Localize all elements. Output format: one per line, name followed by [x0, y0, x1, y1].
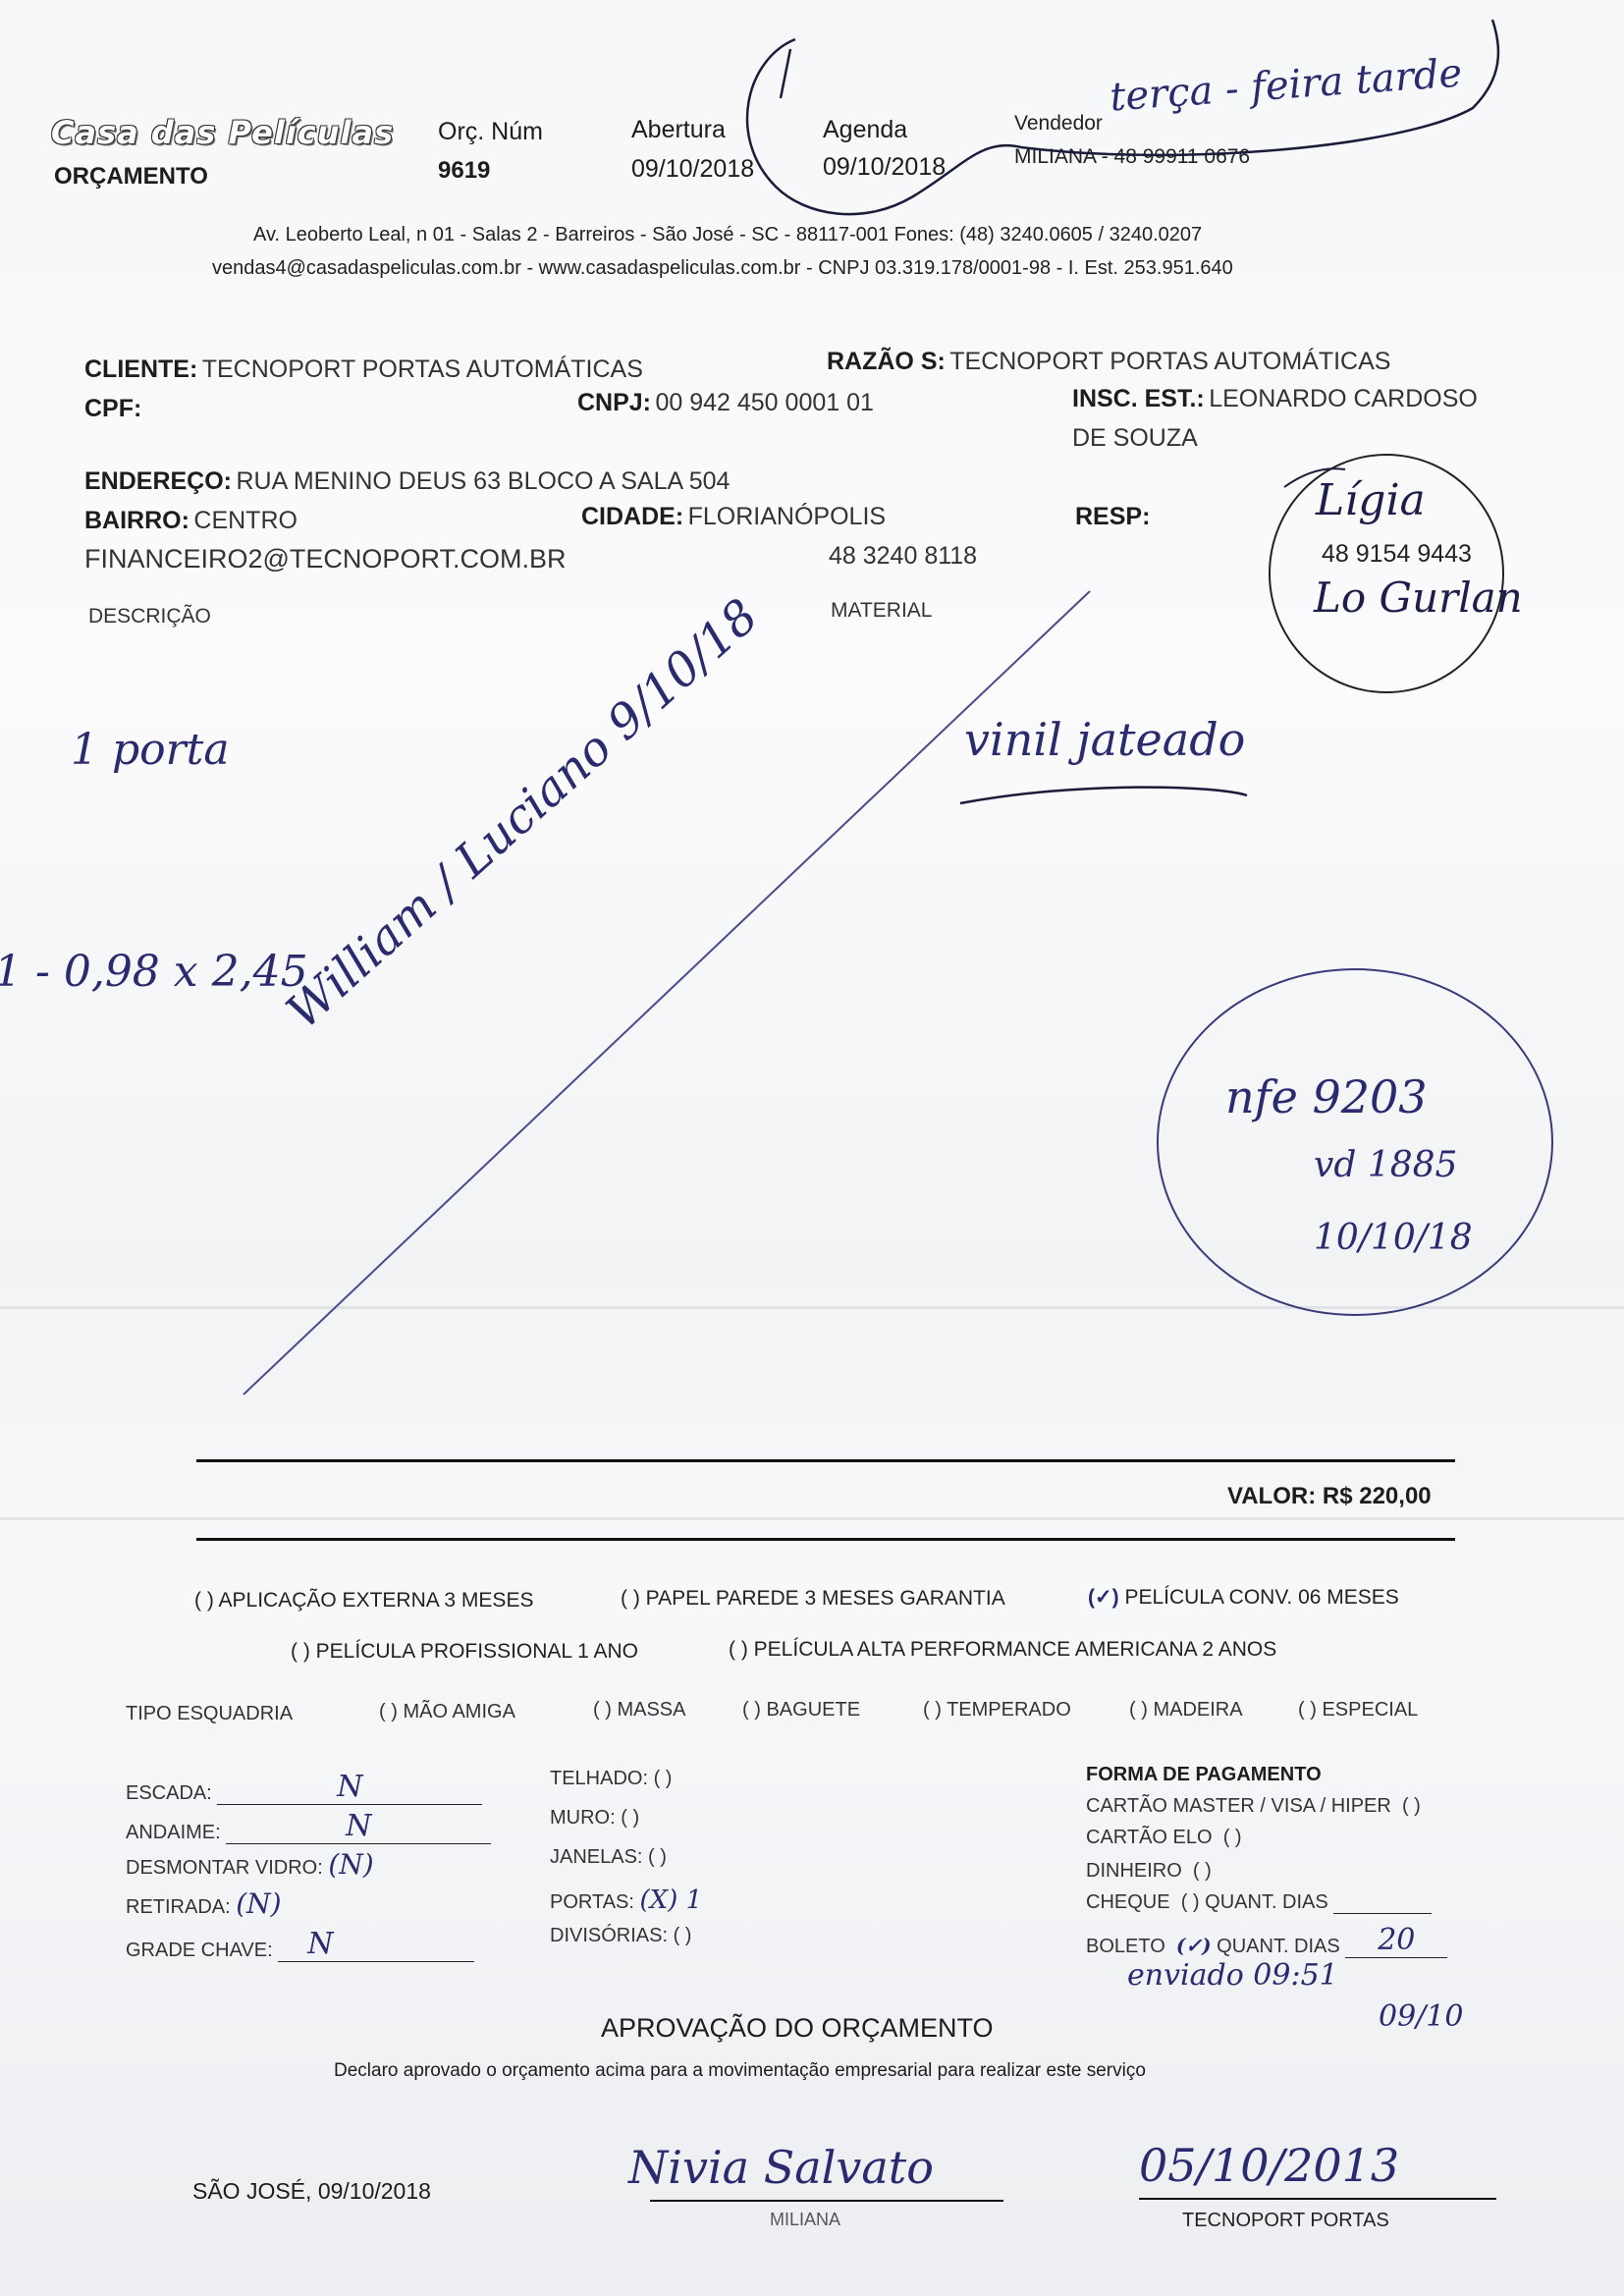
signature-line — [1139, 2198, 1496, 2200]
option-label: PELÍCULA ALTA PERFORMANCE AMERICANA 2 AN… — [754, 1638, 1277, 1661]
insc-est-field: INSC. EST.: LEONARDO CARDOSO — [1072, 385, 1478, 413]
abertura-label: Abertura — [631, 116, 726, 144]
handwritten-schedule-note: terça - feira tarde — [1109, 51, 1464, 121]
andaime-field: ANDAIME: N — [126, 1809, 491, 1844]
esquadria-label: TIPO ESQUADRIA — [126, 1703, 293, 1725]
field-value: N — [307, 1927, 333, 1961]
signature-tecnoport-date: 05/10/2013 — [1139, 2139, 1399, 2192]
option-label: PELÍCULA PROFISSIONAL 1 ANO — [316, 1640, 638, 1663]
checkbox: ( ) — [621, 1807, 639, 1829]
field-label: RETIRADA: — [126, 1896, 231, 1918]
payment-cheque: CHEQUE ( ) QUANT. DIAS — [1086, 1891, 1432, 1914]
cpf-field: CPF: — [84, 395, 141, 423]
endereco-label: ENDEREÇO: — [84, 467, 232, 495]
valor-label: VALOR: — [1227, 1483, 1316, 1509]
option-pelicula-conv: (✓) PELÍCULA CONV. 06 MESES — [1088, 1585, 1399, 1610]
payment-cartao-elo: CARTÃO ELO ( ) — [1086, 1827, 1242, 1849]
field-label: DESMONTAR VIDRO: — [126, 1857, 323, 1879]
signature-label-miliana: MILIANA — [770, 2210, 840, 2230]
company-contact: vendas4@casadaspeliculas.com.br - www.ca… — [212, 257, 1233, 280]
payment-boleto: BOLETO (✓) QUANT. DIAS 20 — [1086, 1923, 1447, 1958]
checkbox: ( ) — [1193, 1860, 1212, 1882]
option-label: MASSA — [617, 1699, 685, 1721]
option-label: DINHEIRO — [1086, 1860, 1182, 1882]
company-logo: Casa das Películas — [51, 114, 394, 151]
signature-label-tecnoport: TECNOPORT PORTAS — [1182, 2210, 1389, 2232]
agenda-value: 09/10/2018 — [823, 153, 946, 182]
signature-miliana: Nivia Salvato — [628, 2141, 934, 2194]
field-label: ANDAIME: — [126, 1822, 221, 1843]
vendedor-label: Vendedor — [1014, 112, 1103, 136]
cidade-label: CIDADE: — [581, 503, 683, 530]
orc-num-value: 9619 — [438, 157, 490, 185]
resp-label: RESP: — [1075, 503, 1150, 531]
field-label: MURO: — [550, 1807, 616, 1829]
orc-num-label: Orç. Núm — [438, 118, 543, 146]
valor-field: VALOR: R$ 220,00 — [1227, 1483, 1432, 1510]
esquadria-temperado: ( ) TEMPERADO — [923, 1699, 1071, 1722]
bairro-value: CENTRO — [193, 507, 298, 534]
insc-est-label: INSC. EST.: — [1072, 385, 1205, 412]
field-label: DIVISÓRIAS: — [550, 1925, 668, 1946]
nfe-circle — [1157, 968, 1553, 1316]
dias-value: 20 — [1378, 1923, 1415, 1957]
option-label: CARTÃO ELO — [1086, 1827, 1213, 1848]
divider-line — [196, 1538, 1455, 1541]
option-label: TEMPERADO — [947, 1699, 1071, 1721]
descricao-label: DESCRIÇÃO — [88, 605, 211, 629]
checkbox: ( ) — [291, 1640, 310, 1663]
document-title: ORÇAMENTO — [54, 163, 208, 191]
bairro-label: BAIRRO: — [84, 507, 189, 534]
esquadria-especial: ( ) ESPECIAL — [1298, 1699, 1418, 1722]
diagonal-signature: William / Luciano 9/10/18 — [276, 588, 769, 1039]
checkbox: ( ) — [648, 1846, 667, 1868]
endereco-field: ENDEREÇO: RUA MENINO DEUS 63 BLOCO A SAL… — [84, 467, 730, 496]
resp-surname-handwritten: Lo Gurlan — [1314, 574, 1523, 622]
checkbox: ( ) — [674, 1925, 692, 1946]
escada-field: ESCADA: N — [126, 1770, 482, 1805]
insc-est-value-line2: DE SOUZA — [1072, 424, 1198, 453]
muro-field: MURO: ( ) — [550, 1807, 639, 1830]
field-label: GRADE CHAVE: — [126, 1940, 273, 1961]
field-value: (N) — [236, 1887, 281, 1920]
divisorias-field: DIVISÓRIAS: ( ) — [550, 1925, 691, 1947]
payment-dinheiro: DINHEIRO ( ) — [1086, 1860, 1212, 1883]
razao-value: TECNOPORT PORTAS AUTOMÁTICAS — [949, 348, 1390, 375]
valor-value: R$ 220,00 — [1323, 1483, 1432, 1509]
esquadria-mao-amiga: ( ) MÃO AMIGA — [379, 1701, 515, 1723]
material-handwritten: vinil jateado — [964, 713, 1245, 766]
checkbox: ( ) — [1181, 1891, 1200, 1913]
option-label: MADEIRA — [1153, 1699, 1242, 1721]
payment-cartao-master: CARTÃO MASTER / VISA / HIPER ( ) — [1086, 1795, 1421, 1818]
cliente-field: CLIENTE: TECNOPORT PORTAS AUTOMÁTICAS — [84, 355, 643, 384]
field-label: PORTAS: — [550, 1891, 634, 1913]
resp-phone: 48 9154 9443 — [1322, 540, 1472, 569]
option-aplicacao-externa: ( ) APLICAÇÃO EXTERNA 3 MESES — [194, 1589, 533, 1613]
field-label: ESCADA: — [126, 1782, 212, 1804]
checkbox-checked: (✓) — [1176, 1934, 1212, 1957]
field-label: TELHADO: — [550, 1768, 648, 1789]
option-label: BOLETO — [1086, 1936, 1165, 1957]
telhado-field: TELHADO: ( ) — [550, 1768, 672, 1790]
checkbox: ( ) — [1223, 1827, 1242, 1848]
esquadria-madeira: ( ) MADEIRA — [1129, 1699, 1243, 1722]
option-label: CARTÃO MASTER / VISA / HIPER — [1086, 1795, 1391, 1817]
checkbox-checked: (X) 1 — [640, 1886, 703, 1915]
option-label: PELÍCULA CONV. 06 MESES — [1124, 1586, 1398, 1609]
approval-declaration: Declaro aprovado o orçamento acima para … — [334, 2060, 1146, 2082]
agenda-label: Agenda — [823, 116, 907, 144]
razao-label: RAZÃO S: — [827, 348, 946, 375]
checkbox: ( ) — [1402, 1795, 1421, 1817]
endereco-value: RUA MENINO DEUS 63 BLOCO A SALA 504 — [236, 467, 730, 495]
resp-name-handwritten: Lígia — [1316, 475, 1426, 525]
cnpj-value: 00 942 450 0001 01 — [655, 389, 873, 416]
cnpj-label: CNPJ: — [577, 389, 651, 416]
option-label: ESPECIAL — [1322, 1699, 1418, 1721]
cidade-value: FLORIANÓPOLIS — [688, 503, 886, 530]
insc-est-value: LEONARDO CARDOSO — [1209, 385, 1478, 412]
checkbox: ( ) — [1129, 1699, 1148, 1721]
material-underline — [960, 788, 1247, 803]
option-papel-parede: ( ) PAPEL PAREDE 3 MESES GARANTIA — [621, 1587, 1005, 1611]
option-label: CHEQUE — [1086, 1891, 1170, 1913]
checkbox: ( ) — [742, 1699, 761, 1721]
payment-sent-note: enviado 09:51 — [1127, 1958, 1338, 1993]
checkbox-checked: (✓) — [1088, 1586, 1119, 1609]
descricao-handwritten: 1 porta — [71, 725, 230, 775]
abertura-value: 09/10/2018 — [631, 155, 754, 184]
grade-chave-field: GRADE CHAVE: N — [126, 1927, 474, 1962]
dimensions-handwritten: 1 - 0,98 x 2,45 — [0, 947, 308, 997]
cliente-label: CLIENTE: — [84, 355, 197, 383]
cpf-label: CPF: — [84, 395, 141, 422]
esquadria-baguete: ( ) BAGUETE — [742, 1699, 860, 1722]
field-value: N — [346, 1809, 371, 1843]
option-label: PAPEL PAREDE 3 MESES GARANTIA — [646, 1587, 1005, 1610]
dias-label: QUANT. DIAS — [1205, 1891, 1328, 1913]
checkbox: ( ) — [194, 1589, 214, 1612]
bairro-field: BAIRRO: CENTRO — [84, 507, 298, 535]
vendedor-value: MILIANA - 48 99911 0676 — [1014, 145, 1250, 169]
approval-title: APROVAÇÃO DO ORÇAMENTO — [601, 2013, 994, 2044]
checkbox: ( ) — [593, 1699, 612, 1721]
place-date: SÃO JOSÉ, 09/10/2018 — [192, 2178, 431, 2205]
portas-field: PORTAS: (X) 1 — [550, 1886, 702, 1915]
divider-line — [196, 1459, 1455, 1462]
dias-label: QUANT. DIAS — [1217, 1936, 1340, 1957]
material-label: MATERIAL — [831, 599, 932, 623]
nfe-date: 10/10/18 — [1314, 1218, 1473, 1258]
signature-line — [650, 2200, 1003, 2202]
checkbox: ( ) — [729, 1638, 748, 1661]
paper-crease — [0, 1517, 1624, 1520]
company-address: Av. Leoberto Leal, n 01 - Salas 2 - Barr… — [253, 224, 1202, 246]
esquadria-massa: ( ) MASSA — [593, 1699, 685, 1722]
cliente-value: TECNOPORT PORTAS AUTOMÁTICAS — [202, 355, 643, 383]
checkbox: ( ) — [923, 1699, 942, 1721]
option-label: APLICAÇÃO EXTERNA 3 MESES — [219, 1589, 534, 1612]
option-pelicula-profissional: ( ) PELÍCULA PROFISSIONAL 1 ANO — [291, 1640, 638, 1664]
cidade-field: CIDADE: FLORIANÓPOLIS — [581, 503, 886, 531]
pen-mark — [781, 49, 790, 98]
checkbox: ( ) — [379, 1701, 398, 1722]
janelas-field: JANELAS: ( ) — [550, 1846, 667, 1869]
field-value: N — [337, 1770, 362, 1804]
desmontar-vidro-field: DESMONTAR VIDRO: (N) — [126, 1848, 374, 1881]
payment-title: FORMA DE PAGAMENTO — [1086, 1764, 1322, 1786]
field-label: JANELAS: — [550, 1846, 642, 1868]
client-email: FINANCEIRO2@TECNOPORT.COM.BR — [84, 544, 566, 574]
retirada-field: RETIRADA: (N) — [126, 1887, 282, 1920]
option-pelicula-alta-performance: ( ) PELÍCULA ALTA PERFORMANCE AMERICANA … — [729, 1638, 1276, 1662]
field-value: (N) — [328, 1848, 373, 1881]
checkbox: ( ) — [1298, 1699, 1317, 1721]
nfe-number: nfe 9203 — [1225, 1070, 1428, 1123]
checkbox: ( ) — [654, 1768, 673, 1789]
option-label: BAGUETE — [766, 1699, 860, 1721]
option-label: MÃO AMIGA — [403, 1701, 514, 1722]
razao-field: RAZÃO S: TECNOPORT PORTAS AUTOMÁTICAS — [827, 348, 1390, 376]
checkbox: ( ) — [621, 1587, 640, 1610]
payment-sent-date: 09/10 — [1379, 1999, 1463, 2034]
cnpj-field: CNPJ: 00 942 450 0001 01 — [577, 389, 874, 417]
client-phone: 48 3240 8118 — [829, 542, 977, 571]
vd-number: vd 1885 — [1314, 1145, 1457, 1185]
